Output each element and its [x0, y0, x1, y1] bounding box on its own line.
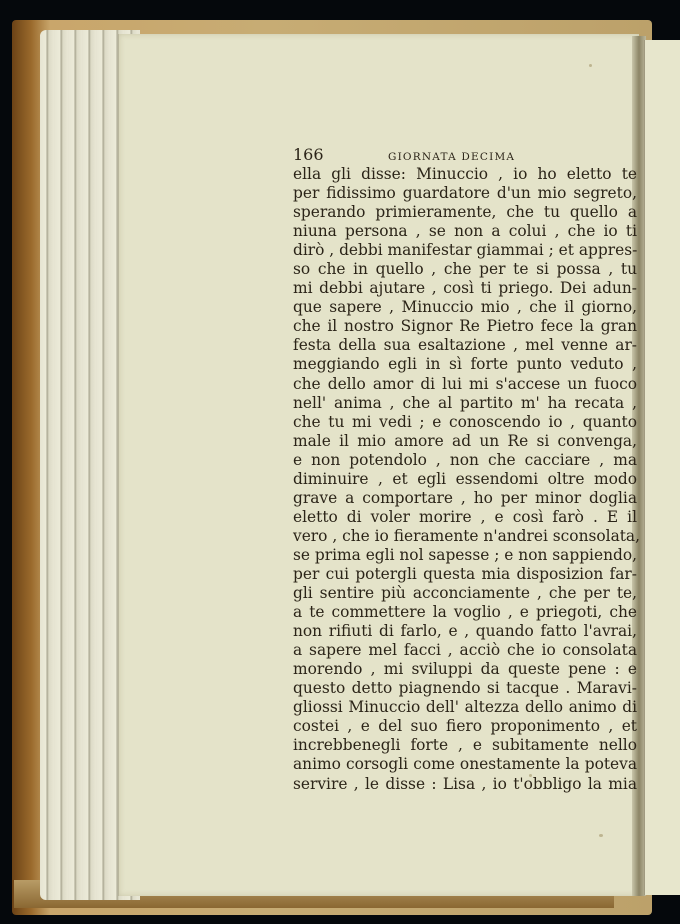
- body-lines: ella gli disse: Minuccio , io ho eletto …: [293, 165, 639, 794]
- text-line: costei , e del suo fiero proponimento , …: [293, 717, 637, 736]
- text-line: sperando primieramente, che tu quello a: [293, 203, 637, 222]
- text-line: che tu mi vedi ; e conoscendo io , quant…: [293, 413, 637, 432]
- text-line: nell' anima , che al partito m' ha recat…: [293, 394, 637, 413]
- running-head-title: GIORNATA DECIMA: [388, 148, 515, 167]
- text-line: vero , che io fieramente n'andrei sconso…: [293, 527, 637, 546]
- text-line: servire , le disse : Lisa , io t'obbligo…: [293, 775, 637, 794]
- text-line: non rifiuti di farlo, e , quando fatto l…: [293, 622, 637, 641]
- text-line: festa della sua esaltazione , mel venne …: [293, 336, 637, 355]
- text-line: grave a comportare , ho per minor doglia: [293, 489, 637, 508]
- text-line: ella gli disse: Minuccio , io ho eletto …: [293, 165, 637, 184]
- text-line: que sapere , Minuccio mio , che il giorn…: [293, 298, 637, 317]
- text-line: morendo , mi sviluppi da queste pene : e: [293, 660, 637, 679]
- text-line: che dello amor di lui mi s'accese un fuo…: [293, 375, 637, 394]
- text-line: per fidissimo guardatore d'un mio segret…: [293, 184, 637, 203]
- right-page-edge: [644, 40, 680, 895]
- text-line: diminuire , et egli essendomi oltre modo: [293, 470, 637, 489]
- text-line: dirò , debbi manifestar giammai ; et app…: [293, 241, 637, 260]
- text-line: se prima egli nol sapesse ; e non sappie…: [293, 546, 637, 565]
- paper-spot: [599, 834, 603, 837]
- text-line: so che in quello , che per te si possa ,…: [293, 260, 637, 279]
- page-number: 166: [293, 145, 324, 164]
- text-line: gli sentire più acconciamente , che per …: [293, 584, 637, 603]
- text-line: niuna persona , se non a colui , che io …: [293, 222, 637, 241]
- text-line: a sapere mel facci , acciò che io consol…: [293, 641, 637, 660]
- running-head: 166 GIORNATA DECIMA: [293, 145, 639, 165]
- page-text: 166 GIORNATA DECIMA ella gli disse: Minu…: [293, 145, 639, 794]
- text-line: a te commettere la voglio , e priegoti, …: [293, 603, 637, 622]
- text-line: meggiando egli in sì forte punto veduto …: [293, 355, 637, 374]
- text-line: gliossi Minuccio dell' altezza dello ani…: [293, 698, 637, 717]
- paper-spot: [589, 64, 592, 67]
- text-line: increbbenegli forte , e subitamente nell…: [293, 736, 637, 755]
- text-line: e non potendolo , non che cacciare , ma: [293, 451, 637, 470]
- text-line: per cui potergli questa mia disposizion …: [293, 565, 637, 584]
- text-line: male il mio amore ad un Re si convenga,: [293, 432, 637, 451]
- text-line: che il nostro Signor Re Pietro fece la g…: [293, 317, 637, 336]
- text-line: mi debbi ajutare , così ti priego. Dei a…: [293, 279, 637, 298]
- text-line: animo corsogli come onestamente la potev…: [293, 755, 637, 774]
- text-line: questo detto piagnendo si tacque . Marav…: [293, 679, 637, 698]
- text-line: eletto di voler morire , e così farò . E…: [293, 508, 637, 527]
